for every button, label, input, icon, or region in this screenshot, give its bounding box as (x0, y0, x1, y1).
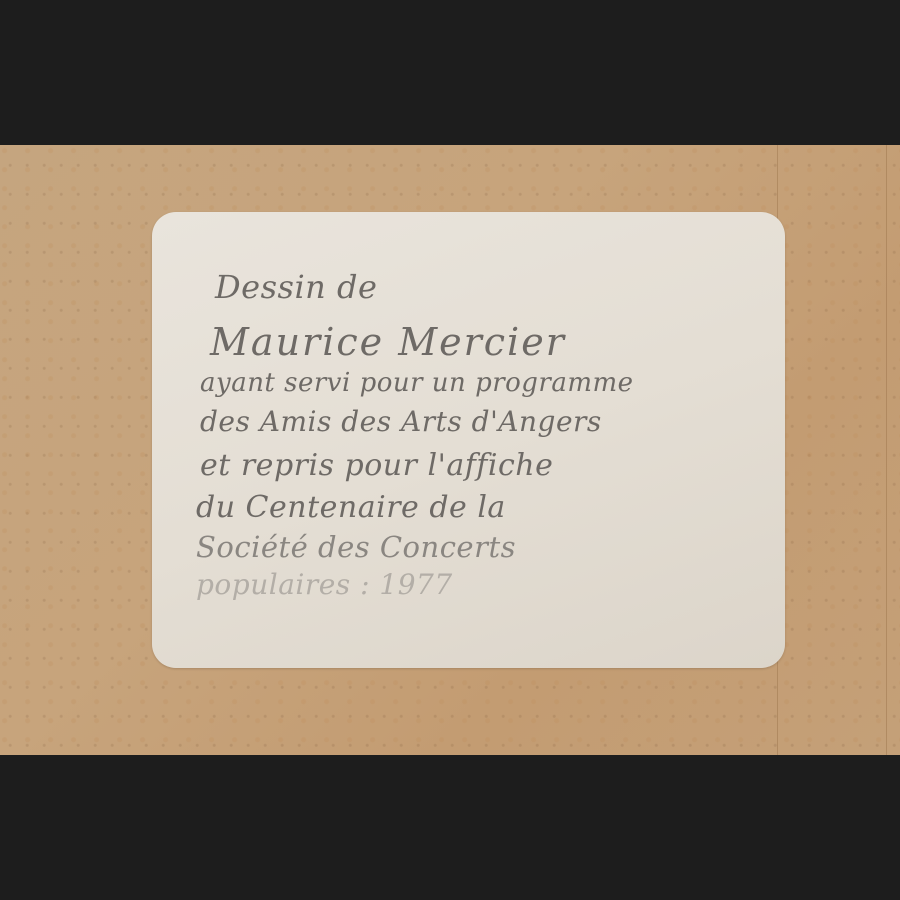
label-line: et repris pour l'affiche (200, 448, 553, 483)
cardboard-seam (886, 145, 887, 755)
label-line-artist: Maurice Mercier (210, 320, 566, 364)
label-line: ayant servi pour un programme (200, 368, 634, 398)
top-black-bar (0, 0, 900, 145)
label-line-faded: populaires : 1977 (196, 568, 453, 601)
label-line: des Amis des Arts d'Angers (200, 405, 602, 438)
label-line: du Centenaire de la (196, 490, 506, 525)
label-line-title: Dessin de (215, 268, 377, 306)
label-line: Société des Concerts (196, 530, 516, 564)
bottom-black-bar (0, 755, 900, 900)
